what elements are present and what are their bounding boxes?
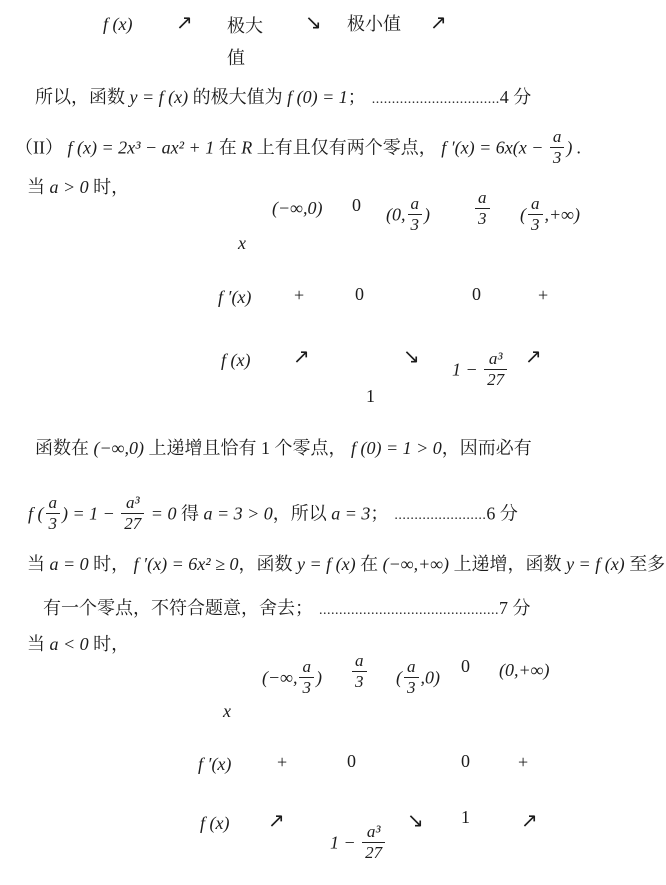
table1-fx-max-value: 1: [366, 385, 375, 408]
table1-interval-2: (0,a3): [386, 197, 430, 236]
table1-interval-1: (−∞,0): [272, 197, 322, 220]
table2-fx-max-value: 1 − a³27: [330, 825, 387, 864]
formula-fragment: a > 0: [50, 177, 89, 197]
text-fragment: ，函数: [238, 554, 297, 574]
text-fragment: ，所以: [273, 503, 332, 523]
text-fragment: 函数在: [35, 438, 94, 458]
text-fragment: 的极大值为: [188, 87, 287, 107]
text-fragment: 时，: [89, 177, 130, 197]
fraction-a3-over-27: a³27: [362, 823, 385, 862]
text-fragment: 时，: [89, 634, 130, 654]
table1-fx-min-value: 1 − a³27: [452, 352, 509, 391]
text-fragment: ；: [370, 503, 388, 523]
formula-fragment: a = 3: [331, 503, 370, 523]
score-label: 6 分: [486, 503, 518, 523]
table1-interval-3: (a3,+∞): [520, 197, 580, 236]
trend-up-arrow: ↗: [268, 808, 285, 833]
table1-fx-label: f (x): [221, 349, 250, 372]
monotonic-paragraph: 函数在 (−∞,0) 上递增且恰有 1 个零点， f (0) = 1 > 0，因…: [35, 437, 532, 460]
case-a-zero-cont-line: 有一个零点，不符合题意，舍去；.........................…: [43, 597, 531, 620]
formula-fragment: f (: [28, 503, 44, 523]
text-fragment: 至多: [625, 554, 666, 574]
trend-up-arrow: ↗: [176, 10, 193, 35]
fraction-a-over-3: a3: [408, 195, 423, 234]
case-a-zero-line: 当 a = 0 时， f ′(x) = 6x² ≥ 0，函数 y = f (x)…: [27, 553, 665, 576]
table1-fprime-zero-1: 0: [355, 283, 364, 306]
fraction-a3-over-27: a³27: [121, 494, 144, 533]
formula-fragment: a = 3 > 0: [203, 503, 272, 523]
table2-fprime-zero-2: 0: [461, 750, 470, 773]
fraction-a-over-3: a3: [528, 195, 543, 234]
trend-down-arrow: ↘: [407, 808, 424, 833]
formula-fragment: f (0) = 1: [287, 87, 348, 107]
trend-down-arrow: ↘: [403, 344, 420, 369]
formula-fragment: = 0: [146, 503, 181, 523]
formula-fragment: f (x) = 2x³ − ax² + 1: [63, 137, 219, 157]
fx-row-label: f (x): [103, 13, 132, 36]
dot-leader: ........................................…: [319, 603, 499, 618]
trend-up-arrow: ↗: [521, 808, 538, 833]
trend-up-arrow: ↗: [430, 10, 447, 35]
fraction-a-over-3: a3: [404, 658, 419, 697]
formula-fragment: (−∞,+∞): [383, 554, 449, 574]
formula-fragment: R: [241, 137, 252, 157]
fraction-a-over-3: a3: [475, 189, 490, 228]
fraction-a-over-3: a3: [299, 658, 314, 697]
dot-leader: .......................: [394, 508, 486, 523]
conclusion-line: 所以，函数 y = f (x) 的极大值为 f (0) = 1；........…: [35, 86, 531, 109]
equation-solve-line: f (a3) = 1 − a³27 = 0 得 a = 3 > 0，所以 a =…: [28, 496, 518, 535]
text-fragment: 在: [219, 137, 242, 157]
table2-fprime-label: f ′(x): [198, 753, 231, 776]
formula-fragment: f (0) = 1 > 0: [351, 438, 442, 458]
local-max-label: 极大值: [227, 11, 273, 74]
table2-fprime-sign-2: +: [518, 751, 528, 774]
formula-fragment: y = f (x): [130, 87, 189, 107]
formula-fragment: f ′(x) = 6x(x −: [441, 137, 548, 157]
case-a-negative-line: 当 a < 0 时，: [27, 633, 129, 656]
text-fragment: 上递增，函数: [449, 554, 566, 574]
text-fragment: 时，: [89, 554, 134, 574]
text-fragment: 在: [356, 554, 383, 574]
table1-x-label: x: [238, 232, 246, 255]
table2-point-0: 0: [461, 655, 470, 678]
formula-fragment: f ′(x) = 6x² ≥ 0: [134, 554, 239, 574]
table2-interval-2: (a3,0): [396, 660, 440, 699]
part-label: （II）: [15, 137, 63, 157]
trend-up-arrow: ↗: [525, 344, 542, 369]
text-fragment: ，因而必有: [442, 438, 532, 458]
text-fragment: 上有且仅有两个零点，: [252, 137, 441, 157]
local-min-label: 极小值: [347, 13, 401, 36]
fraction-a-over-3: a3: [550, 128, 565, 167]
score-label: 4 分: [500, 87, 532, 107]
text-fragment: 上递增且恰有 1 个零点，: [144, 438, 351, 458]
text-fragment: 当: [27, 634, 50, 654]
part2-intro-line: （II） f (x) = 2x³ − ax² + 1 在 R 上有且仅有两个零点…: [15, 130, 581, 169]
score-label: 7 分: [499, 598, 531, 618]
dot-leader: ................................: [372, 92, 500, 107]
table2-fx-label: f (x): [200, 812, 229, 835]
formula-fragment: y = f (x): [297, 554, 356, 574]
case-a-positive-line: 当 a > 0 时，: [27, 176, 129, 199]
table2-fx-min-value: 1: [461, 806, 470, 829]
formula-fragment: a = 0: [50, 554, 89, 574]
text-fragment: 当: [27, 554, 50, 574]
formula-fragment: a < 0: [50, 634, 89, 654]
trend-down-arrow: ↘: [305, 10, 322, 35]
text-fragment: 所以，函数: [35, 87, 130, 107]
text-fragment: 有一个零点，不符合题意，舍去；: [43, 598, 313, 618]
table1-fprime-sign-1: +: [294, 284, 304, 307]
text-fragment: 得: [181, 503, 204, 523]
table2-fprime-sign-1: +: [277, 751, 287, 774]
formula-fragment: ) .: [566, 137, 581, 157]
text-fragment: ；: [348, 87, 366, 107]
trend-up-arrow: ↗: [293, 344, 310, 369]
table1-fprime-sign-2: +: [538, 284, 548, 307]
table1-point-a3: a3: [473, 189, 492, 228]
fraction-a-over-3: a3: [352, 652, 367, 691]
table1-fprime-zero-2: 0: [472, 283, 481, 306]
table1-fprime-label: f ′(x): [218, 286, 251, 309]
formula-fragment: (−∞,0): [94, 438, 144, 458]
text-fragment: 当: [27, 177, 50, 197]
table2-x-label: x: [223, 700, 231, 723]
document-page: f (x) ↗ 极大值 ↘ 极小值 ↗ 所以，函数 y = f (x) 的极大值…: [0, 0, 666, 885]
fraction-a3-over-27: a³27: [484, 350, 507, 389]
formula-fragment: ) = 1 −: [62, 503, 119, 523]
table2-point-a3: a3: [350, 652, 369, 691]
table2-interval-1: (−∞,a3): [262, 660, 322, 699]
table2-fprime-zero-1: 0: [347, 750, 356, 773]
fraction-a-over-3: a3: [46, 494, 61, 533]
table2-interval-3: (0,+∞): [499, 659, 549, 682]
formula-fragment: y = f (x): [566, 554, 625, 574]
table1-point-0: 0: [352, 194, 361, 217]
